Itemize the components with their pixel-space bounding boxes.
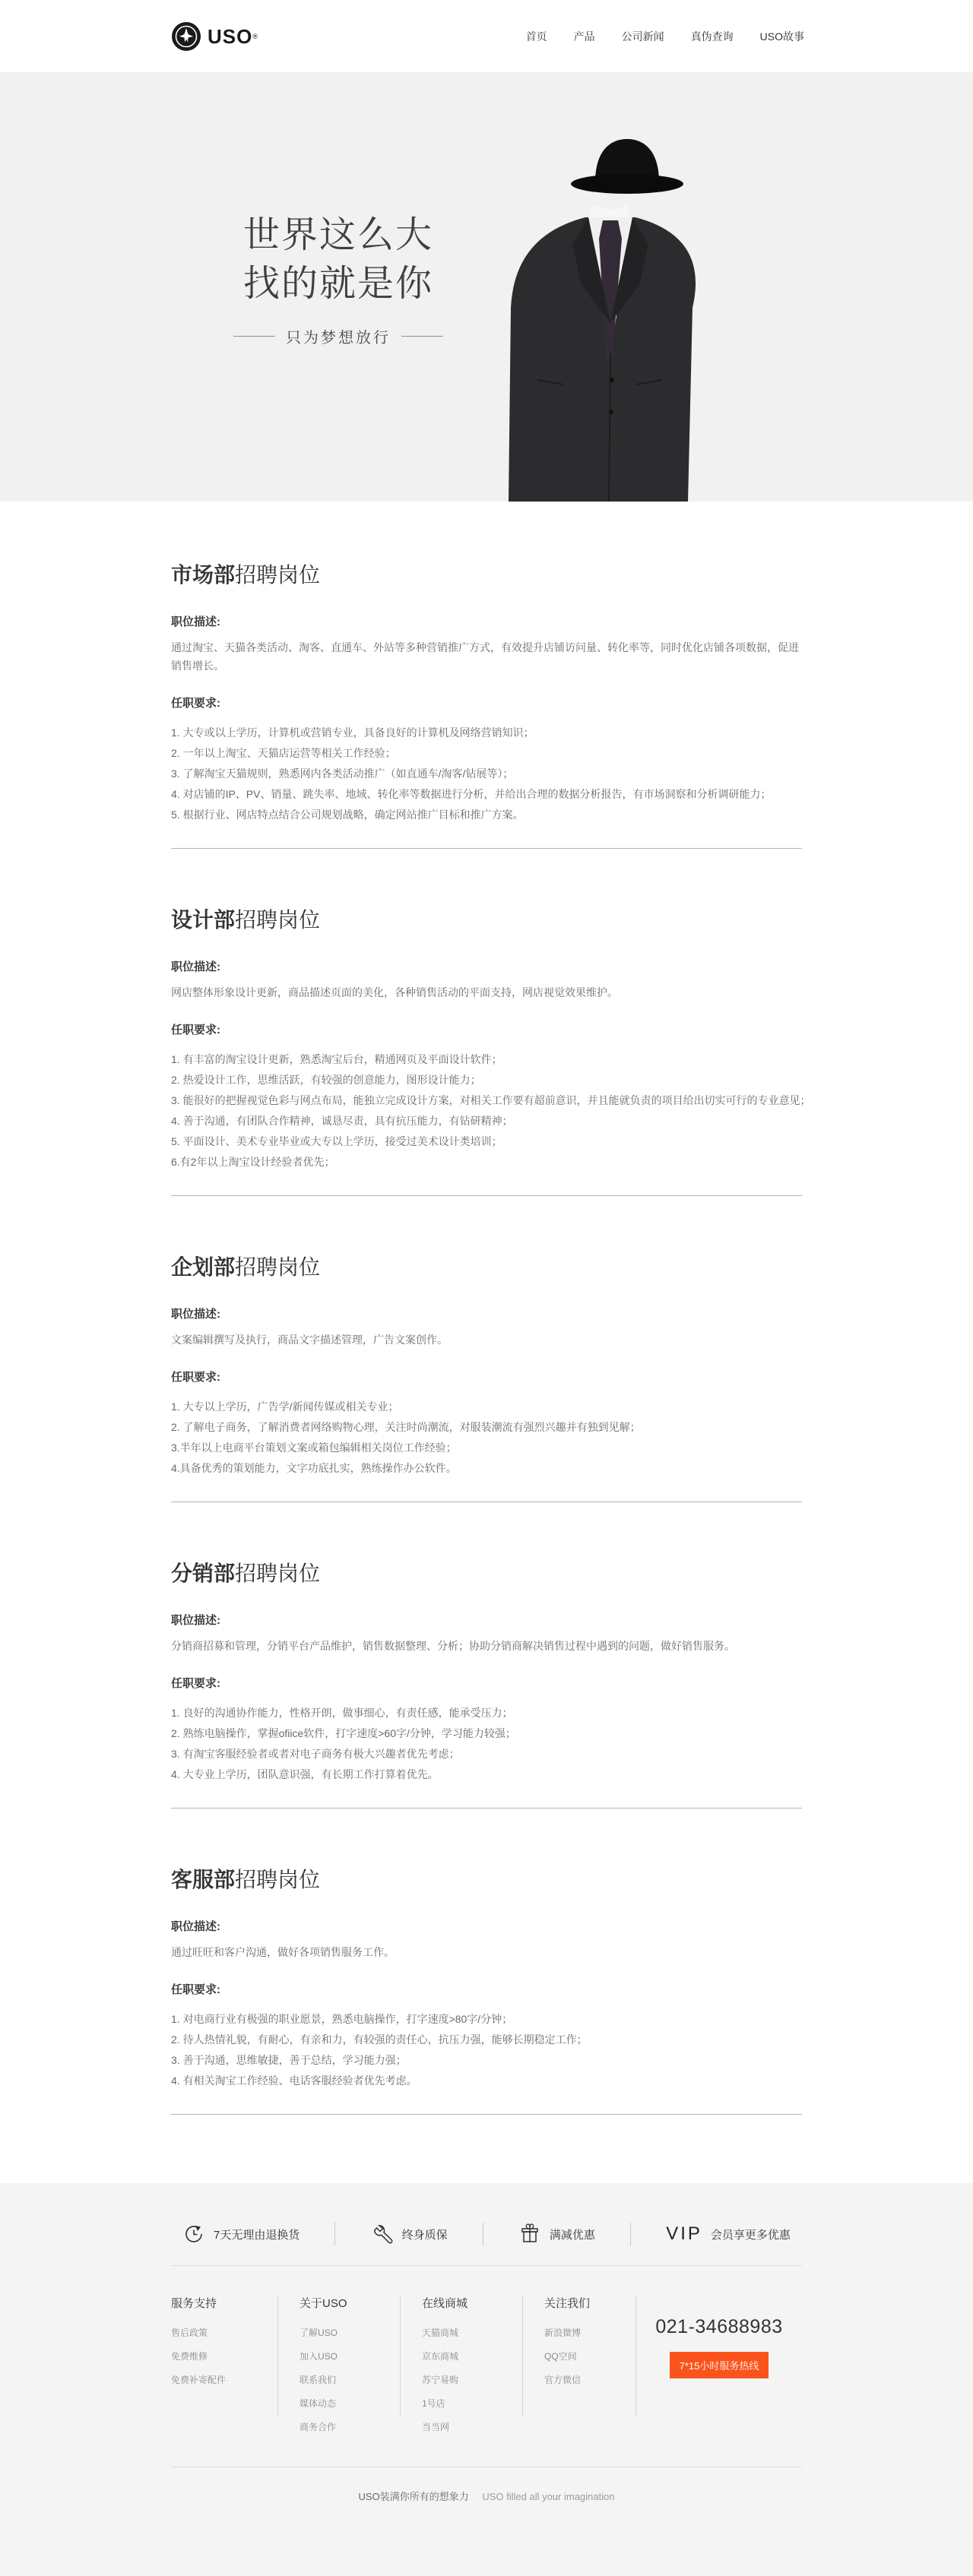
section-planning: 企划部招聘岗位 职位描述: 文案编辑撰写及执行，商品文字描述管理，广告文案创作。… xyxy=(171,1251,802,1479)
hero-tagline: 只为梦想放行 xyxy=(232,325,445,347)
dept-name: 市场部 xyxy=(171,563,235,587)
section-title: 分销部招聘岗位 xyxy=(171,1557,802,1587)
footer-link[interactable]: 苏宁易购 xyxy=(422,2373,522,2386)
hero-text: 世界这么大 找的就是你 只为梦想放行 xyxy=(232,211,445,347)
req-label: 任职要求: xyxy=(171,1675,802,1691)
footer-divider xyxy=(171,2265,802,2266)
suit-mannequin-image xyxy=(498,129,703,502)
slogan-english: USO filled all your imagination xyxy=(482,2491,614,2502)
requirement-item: 2. 热爱设计工作，思维活跃，有较强的创意能力，图形设计能力； xyxy=(171,1070,802,1090)
dept-name: 设计部 xyxy=(171,908,235,932)
hero-title-line2: 找的就是你 xyxy=(232,260,445,309)
desc-label: 职位描述: xyxy=(171,958,802,974)
brand-text: USO® xyxy=(208,21,258,52)
section-title: 企划部招聘岗位 xyxy=(171,1251,802,1281)
site-header: USO® 首页 产品 公司新闻 真伪查询 USO故事 xyxy=(0,0,973,72)
footer-link[interactable]: 天猫商城 xyxy=(422,2326,522,2339)
requirement-item: 3. 能很好的把握视觉色彩与网点布局，能独立完成设计方案，对相关工作要有超前意识… xyxy=(171,1090,802,1111)
requirement-item: 6.有2年以上淘宝设计经验者优先； xyxy=(171,1152,802,1172)
logo[interactable]: USO® xyxy=(171,21,258,52)
service-features: 7天无理由退换货 终身质保 满减优惠 VIP 会员享更多优惠 xyxy=(182,2223,791,2245)
desc-label: 职位描述: xyxy=(171,1305,802,1321)
requirement-list: 1. 大专或以上学历，计算机或营销专业，具备良好的计算机及网络营销知识； 2. … xyxy=(171,723,802,825)
footer-link[interactable]: 免费维修 xyxy=(171,2350,277,2362)
footer-link[interactable]: 当当网 xyxy=(422,2420,522,2433)
feature-discount: 满减优惠 xyxy=(518,2223,595,2245)
slogan-chinese: USO装满你所有的想象力 xyxy=(359,2491,469,2502)
section-divider xyxy=(171,1808,802,1809)
requirement-item: 3. 了解淘宝天猫规则，熟悉网内各类活动推广（如直通车/淘客/钻展等）； xyxy=(171,764,802,784)
requirement-item: 5. 平面设计、美术专业毕业或大专以上学历，接受过美术设计类培训； xyxy=(171,1131,802,1152)
plane-badge-icon xyxy=(171,21,201,52)
footer-col-follow-us: 关注我们 新浪微博 QQ空间 官方微信 xyxy=(523,2293,635,2397)
dept-name: 企划部 xyxy=(171,1255,235,1279)
phone-number: 021-34688983 xyxy=(636,2316,802,2338)
column-title: 服务支持 xyxy=(171,2295,277,2311)
footer-link[interactable]: 售后政策 xyxy=(171,2326,277,2339)
footer-col-online-stores: 在线商城 天猫商城 京东商城 苏宁易购 1号店 当当网 xyxy=(401,2293,522,2444)
hero-banner: 世界这么大 找的就是你 只为梦想放行 xyxy=(0,72,973,502)
requirement-item: 1. 良好的沟通协作能力，性格开朗，做事细心，有责任感，能承受压力； xyxy=(171,1703,802,1723)
footer-link[interactable]: 媒体动态 xyxy=(300,2397,400,2410)
req-label: 任职要求: xyxy=(171,1021,802,1037)
requirement-item: 2. 了解电子商务，了解消费者网络购物心理，关注时尚潮流，对服装潮流有强烈兴趣并… xyxy=(171,1417,802,1438)
section-title: 市场部招聘岗位 xyxy=(171,559,802,589)
req-label: 任职要求: xyxy=(171,1369,802,1385)
section-divider xyxy=(171,1502,802,1502)
nav-item-products[interactable]: 产品 xyxy=(574,29,595,44)
column-title: 关于USO xyxy=(300,2295,400,2311)
footer-link[interactable]: 加入USO xyxy=(300,2350,400,2362)
gift-icon xyxy=(518,2223,541,2245)
nav-item-story[interactable]: USO故事 xyxy=(760,29,804,44)
requirement-item: 4. 善于沟通，有团队合作精神，诚恳尽责，具有抗压能力，有钻研精神； xyxy=(171,1111,802,1131)
feature-label: 会员享更多优惠 xyxy=(711,2226,791,2242)
footer-link[interactable]: 新浪微博 xyxy=(544,2326,635,2339)
dept-name: 分销部 xyxy=(171,1562,235,1585)
requirement-list: 1. 良好的沟通协作能力，性格开朗，做事细心，有责任感，能承受压力； 2. 熟练… xyxy=(171,1703,802,1785)
tagline-line xyxy=(401,336,443,337)
recruitment-content: 市场部招聘岗位 职位描述: 通过淘宝、天猫各类活动、淘客、直通车、外站等多种营销… xyxy=(171,502,802,2115)
vertical-separator xyxy=(334,2223,335,2245)
requirement-item: 2. 熟练电脑操作，掌握ofiice软件，打字速度>60字/分钟，学习能力较强； xyxy=(171,1723,802,1744)
nav-item-news[interactable]: 公司新闻 xyxy=(622,29,664,44)
requirement-item: 4. 对店铺的IP、PV、销量、跳失率、地域、转化率等数据进行分析，并给出合理的… xyxy=(171,784,802,805)
requirement-list: 1. 大专以上学历，广告学/新闻传媒或相关专业； 2. 了解电子商务，了解消费者… xyxy=(171,1397,802,1479)
desc-text: 分销商招募和管理，分销平台产品维护，销售数据整理、分析；协助分销商解决销售过程中… xyxy=(171,1637,802,1655)
desc-text: 通过旺旺和客户沟通，做好各项销售服务工作。 xyxy=(171,1943,802,1961)
hotline-button[interactable]: 7*15小时服务热线 xyxy=(670,2352,769,2378)
footer-link[interactable]: 免费补寄配件 xyxy=(171,2373,277,2386)
feature-warranty: 终身质保 xyxy=(371,2223,448,2245)
dept-name: 客服部 xyxy=(171,1868,235,1891)
desc-label: 职位描述: xyxy=(171,1918,802,1934)
vertical-separator xyxy=(630,2223,631,2245)
section-title: 设计部招聘岗位 xyxy=(171,903,802,934)
section-title-rest: 招聘岗位 xyxy=(235,1868,320,1891)
requirement-item: 4. 大专业上学历，团队意识强，有长期工作打算着优先。 xyxy=(171,1764,802,1785)
requirement-item: 4.具备优秀的策划能力，文字功底扎实，熟练操作办公软件。 xyxy=(171,1458,802,1479)
requirement-list: 1. 对电商行业有极强的职业愿景，熟悉电脑操作，打字速度>80字/分钟； 2. … xyxy=(171,2009,802,2091)
footer-col-about: 关于USO 了解USO 加入USO 联系我们 媒体动态 商务合作 xyxy=(278,2293,400,2444)
requirement-item: 1. 对电商行业有极强的职业愿景，熟悉电脑操作，打字速度>80字/分钟； xyxy=(171,2009,802,2030)
footer-link[interactable]: QQ空间 xyxy=(544,2350,635,2362)
requirement-item: 3. 善于沟通，思维敏捷，善于总结，学习能力强； xyxy=(171,2050,802,2071)
column-title: 在线商城 xyxy=(422,2295,522,2311)
footer-columns: 服务支持 售后政策 免费维修 免费补寄配件 关于USO 了解USO 加入USO … xyxy=(171,2293,802,2444)
requirement-item: 2. 待人热情礼貌，有耐心，有亲和力，有较强的责任心，抗压力强，能够长期稳定工作… xyxy=(171,2030,802,2050)
desc-text: 文案编辑撰写及执行，商品文字描述管理，广告文案创作。 xyxy=(171,1331,802,1349)
section-divider xyxy=(171,1195,802,1196)
desc-label: 职位描述: xyxy=(171,1612,802,1628)
vertical-separator xyxy=(483,2223,483,2245)
hotline-block: 021-34688983 7*15小时服务热线 xyxy=(636,2293,802,2378)
feature-vip: VIP 会员享更多优惠 xyxy=(666,2223,791,2245)
vip-text: VIP xyxy=(666,2223,702,2245)
desc-text: 通过淘宝、天猫各类活动、淘客、直通车、外站等多种营销推广方式，有效提升店铺访问量… xyxy=(171,638,802,675)
section-title-rest: 招聘岗位 xyxy=(235,908,320,932)
tagline-text: 只为梦想放行 xyxy=(286,325,391,347)
footer-col-service-support: 服务支持 售后政策 免费维修 免费补寄配件 xyxy=(171,2293,277,2397)
tagline-line xyxy=(233,336,275,337)
desc-text: 网店整体形象设计更新，商品描述页面的美化，各种销售活动的平面支持，网店视觉效果维… xyxy=(171,983,802,1002)
requirement-list: 1. 有丰富的淘宝设计更新，熟悉淘宝后台，精通网页及平面设计软件； 2. 热爱设… xyxy=(171,1049,802,1172)
footer-slogan: USO装满你所有的想象力 USO filled all your imagina… xyxy=(0,2467,973,2576)
requirement-item: 5. 根据行业、网店特点结合公司规划战略，确定网站推广目标和推广方案。 xyxy=(171,805,802,825)
footer-link[interactable]: 联系我们 xyxy=(300,2373,400,2386)
column-title: 关注我们 xyxy=(544,2295,635,2311)
return-refresh-icon xyxy=(182,2223,205,2245)
requirement-item: 1. 大专或以上学历，计算机或营销专业，具备良好的计算机及网络营销知识； xyxy=(171,723,802,743)
requirement-item: 1. 大专以上学历，广告学/新闻传媒或相关专业； xyxy=(171,1397,802,1417)
req-label: 任职要求: xyxy=(171,1981,802,1997)
footer-link[interactable]: 商务合作 xyxy=(300,2420,400,2433)
footer-link[interactable]: 了解USO xyxy=(300,2326,400,2339)
footer-link[interactable]: 官方微信 xyxy=(544,2373,635,2386)
feature-returns: 7天无理由退换货 xyxy=(182,2223,300,2245)
registered-mark: ® xyxy=(252,33,258,40)
section-title-rest: 招聘岗位 xyxy=(235,1562,320,1585)
footer-link[interactable]: 1号店 xyxy=(422,2397,522,2410)
requirement-item: 1. 有丰富的淘宝设计更新，熟悉淘宝后台，精通网页及平面设计软件； xyxy=(171,1049,802,1070)
requirement-item: 3.半年以上电商平台策划文案或箱包编辑相关岗位工作经验； xyxy=(171,1438,802,1458)
requirement-item: 4. 有相关淘宝工作经验、电话客服经验者优先考虑。 xyxy=(171,2071,802,2091)
desc-label: 职位描述: xyxy=(171,613,802,629)
section-title-rest: 招聘岗位 xyxy=(235,1255,320,1279)
requirement-item: 3. 有淘宝客服经验者或者对电子商务有极大兴趣者优先考虑； xyxy=(171,1744,802,1764)
section-divider xyxy=(171,848,802,849)
section-divider xyxy=(171,2114,802,2115)
requirement-item: 2. 一年以上淘宝、天猫店运营等相关工作经验； xyxy=(171,743,802,764)
section-distribution: 分销部招聘岗位 职位描述: 分销商招募和管理，分销平台产品维护，销售数据整理、分… xyxy=(171,1557,802,1785)
section-title: 客服部招聘岗位 xyxy=(171,1863,802,1894)
req-label: 任职要求: xyxy=(171,695,802,710)
section-title-rest: 招聘岗位 xyxy=(235,563,320,587)
site-footer: 7天无理由退换货 终身质保 满减优惠 VIP 会员享更多优惠 xyxy=(0,2183,973,2576)
wrench-icon xyxy=(371,2223,394,2245)
section-marketing: 市场部招聘岗位 职位描述: 通过淘宝、天猫各类活动、淘客、直通车、外站等多种营销… xyxy=(171,559,802,825)
nav-item-home[interactable]: 首页 xyxy=(526,29,547,44)
feature-label: 满减优惠 xyxy=(550,2226,595,2242)
feature-label: 终身质保 xyxy=(402,2226,448,2242)
hero-title-line1: 世界这么大 xyxy=(232,211,445,260)
main-nav: 首页 产品 公司新闻 真伪查询 USO故事 xyxy=(526,29,804,44)
feature-label: 7天无理由退换货 xyxy=(214,2226,300,2242)
section-customer-service: 客服部招聘岗位 职位描述: 通过旺旺和客户沟通，做好各项销售服务工作。 任职要求… xyxy=(171,1863,802,2091)
nav-item-verify[interactable]: 真伪查询 xyxy=(691,29,734,44)
section-design: 设计部招聘岗位 职位描述: 网店整体形象设计更新，商品描述页面的美化，各种销售活… xyxy=(171,903,802,1172)
footer-link[interactable]: 京东商城 xyxy=(422,2350,522,2362)
